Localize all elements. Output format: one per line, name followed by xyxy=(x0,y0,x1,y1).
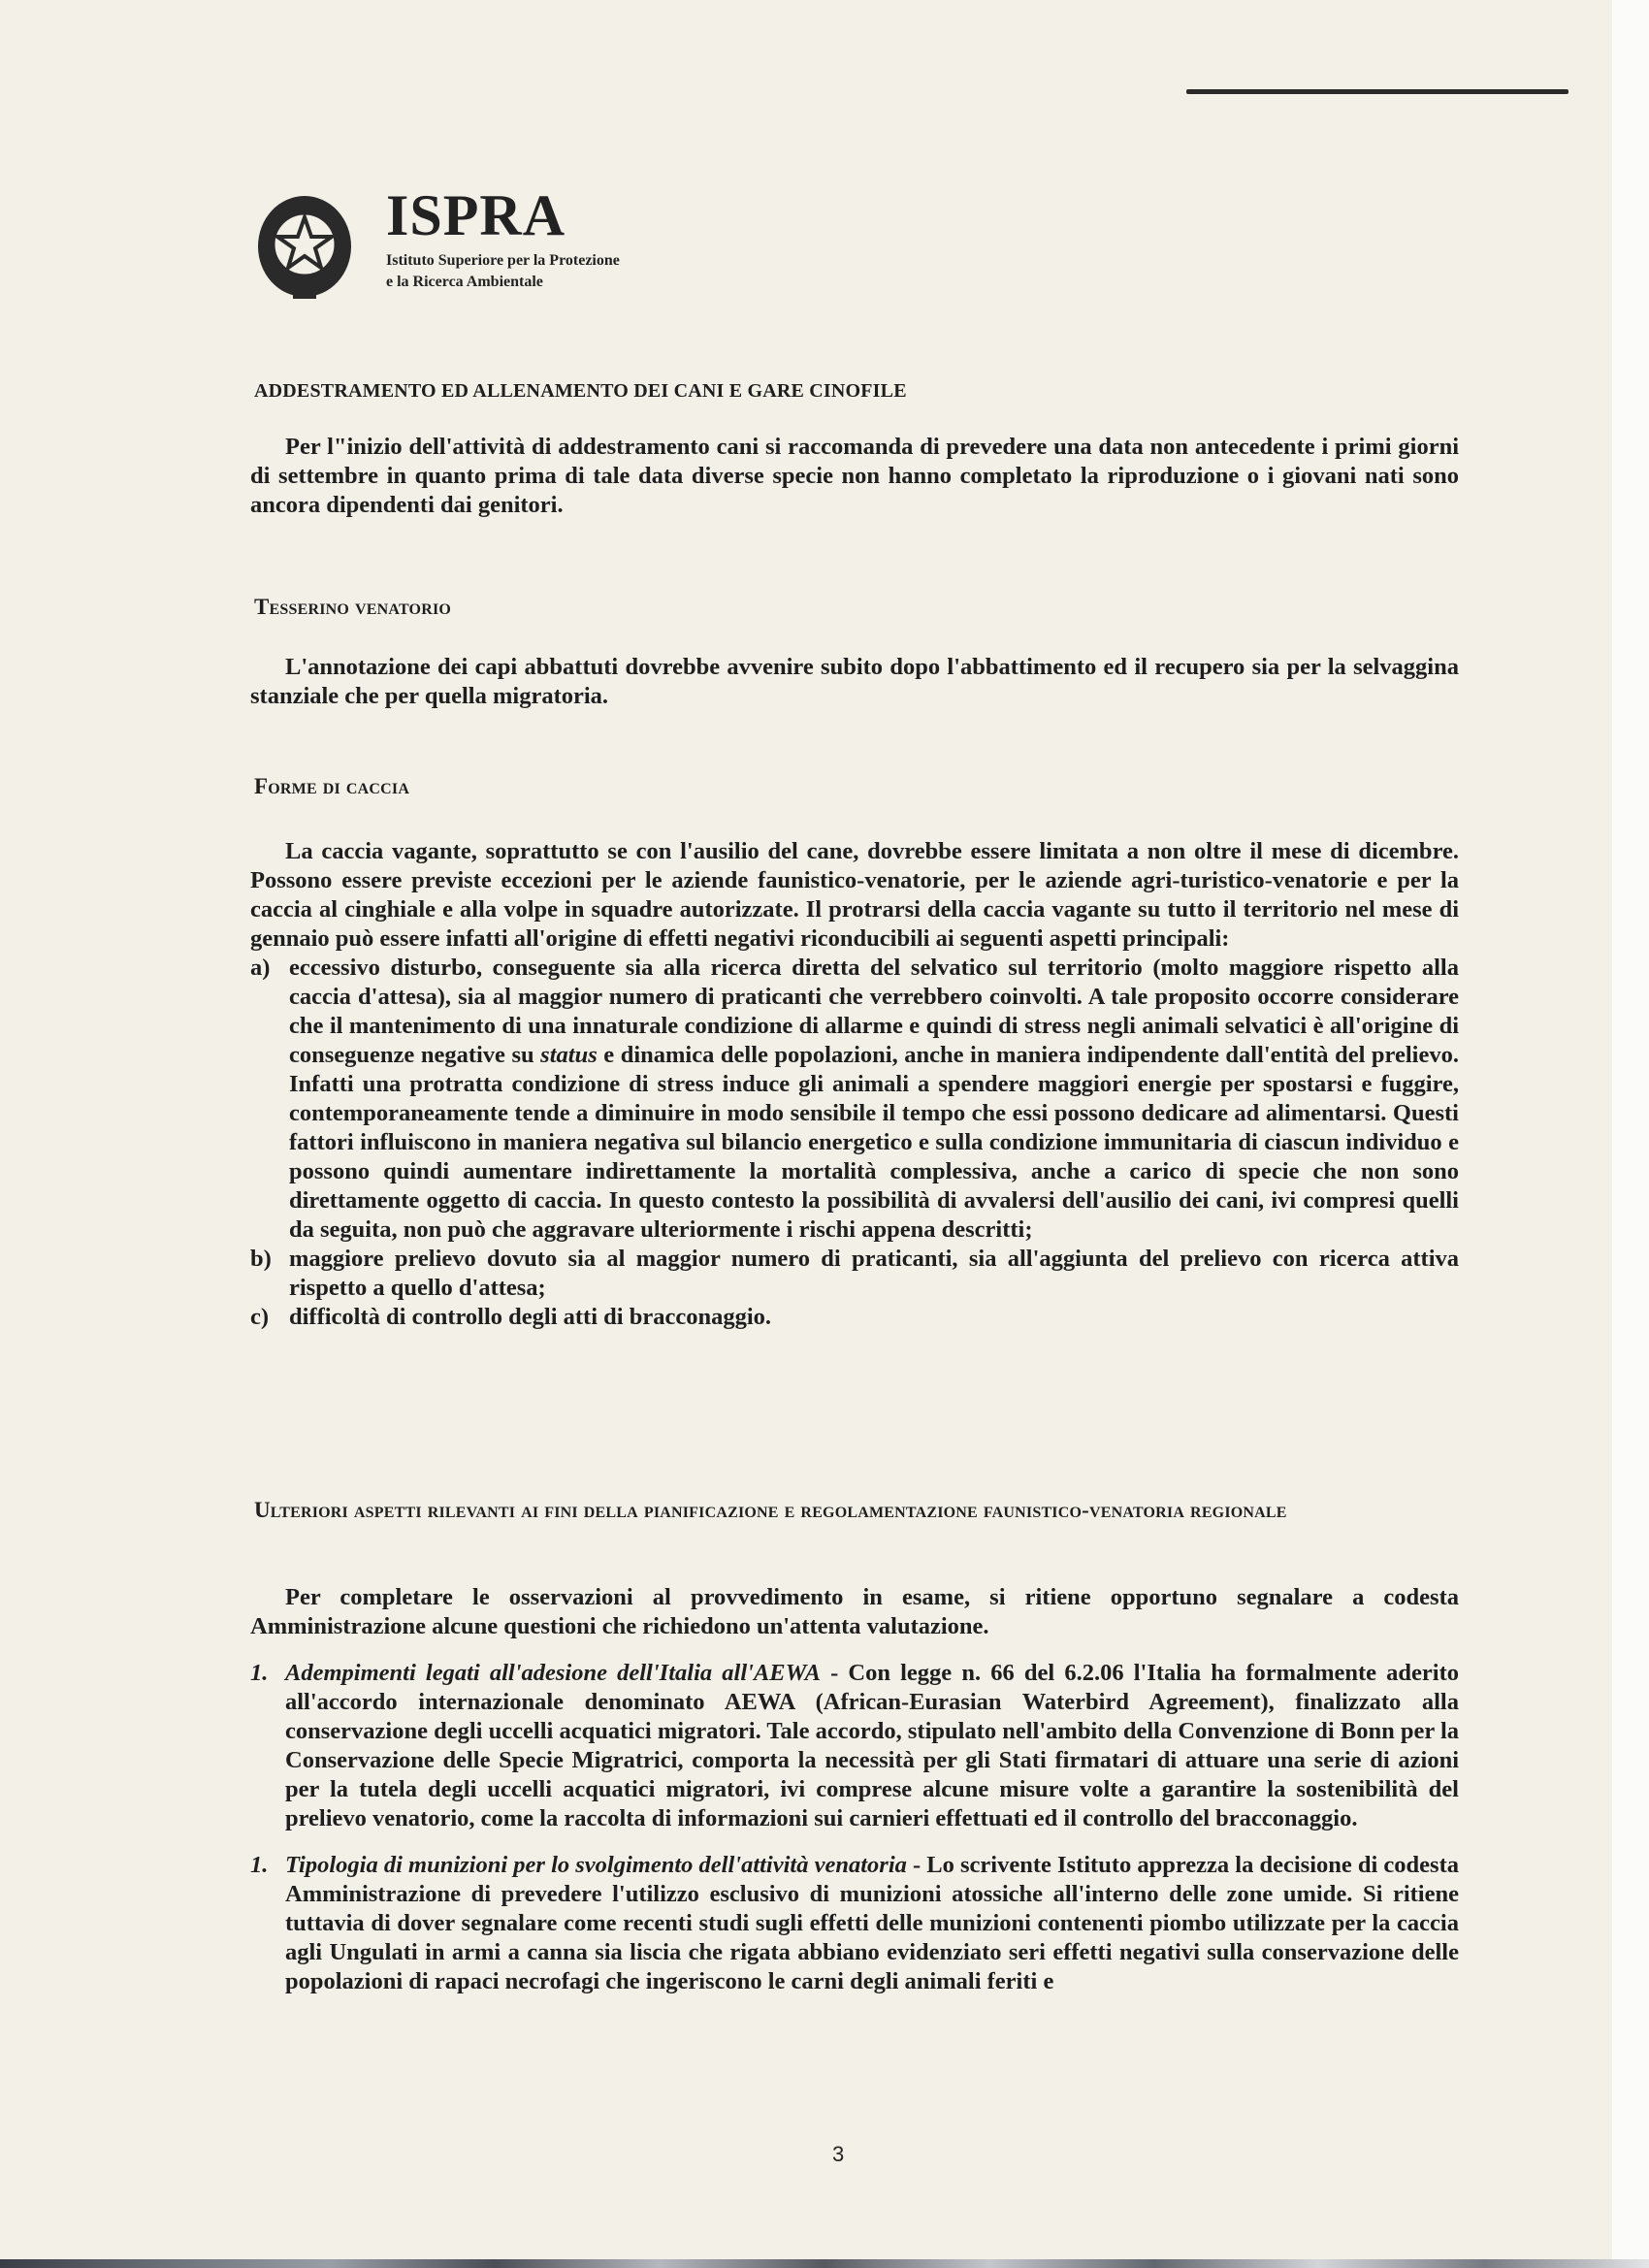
document-page: ISPRA Istituto Superiore per la Protezio… xyxy=(0,0,1612,2260)
paragraph: L'annotazione dei capi abbattuti dovrebb… xyxy=(250,653,1459,711)
section-heading-addestramento: ADDESTRAMENTO ED ALLENAMENTO DEI CANI E … xyxy=(254,377,907,405)
numbered-item: 1. Adempimenti legati all'adesione dell'… xyxy=(250,1659,1459,1833)
logo-subtitle-line1: Istituto Superiore per la Protezione xyxy=(386,250,696,272)
list-item: a) eccessivo disturbo, conseguente sia a… xyxy=(250,954,1459,1245)
list-item: c) difficoltà di controllo degli atti di… xyxy=(250,1303,1459,1332)
italian-republic-emblem-icon xyxy=(254,192,355,305)
section-body-addestramento: Per l"inizio dell'attività di addestrame… xyxy=(250,433,1459,520)
ispra-logo: ISPRA Istituto Superiore per la Protezio… xyxy=(254,192,739,308)
scan-margin xyxy=(1612,0,1649,2268)
logo-subtitle-line2: e la Ricerca Ambientale xyxy=(386,272,696,293)
paragraph: Per l"inizio dell'attività di addestrame… xyxy=(250,433,1459,520)
scan-edge xyxy=(0,2259,1649,2268)
logo-title: ISPRA xyxy=(386,186,566,244)
section-heading-forme: Forme di caccia xyxy=(254,773,409,800)
list-marker: b) xyxy=(250,1245,272,1274)
paragraph: Per completare le osservazioni al provve… xyxy=(250,1583,1459,1641)
list-marker: a) xyxy=(250,954,270,983)
italic-term: status xyxy=(540,1042,598,1068)
page-number: 3 xyxy=(832,2142,844,2167)
section-body-ulteriori: Per completare le osservazioni al provve… xyxy=(250,1583,1459,1996)
header-rule xyxy=(1186,89,1568,94)
item-title: Adempimenti legati all'adesione dell'Ita… xyxy=(285,1660,821,1686)
numbered-marker: 1. xyxy=(250,1851,268,1880)
section-body-forme: La caccia vagante, soprattutto se con l'… xyxy=(250,837,1459,1332)
list-item: b) maggiore prelievo dovuto sia al maggi… xyxy=(250,1245,1459,1303)
paragraph: La caccia vagante, soprattutto se con l'… xyxy=(250,837,1459,954)
numbered-item: 1. Tipologia di munizioni per lo svolgim… xyxy=(250,1851,1459,1996)
item-title: Tipologia di munizioni per lo svolgiment… xyxy=(285,1852,907,1878)
section-heading-ulteriori: Ulteriori aspetti rilevanti ai fini dell… xyxy=(254,1497,1463,1524)
list-marker: c) xyxy=(250,1303,269,1332)
logo-subtitle: Istituto Superiore per la Protezione e l… xyxy=(386,250,696,293)
section-body-tesserino: L'annotazione dei capi abbattuti dovrebb… xyxy=(250,653,1459,711)
section-heading-tesserino: Tesserino venatorio xyxy=(254,594,451,621)
numbered-marker: 1. xyxy=(250,1659,268,1688)
